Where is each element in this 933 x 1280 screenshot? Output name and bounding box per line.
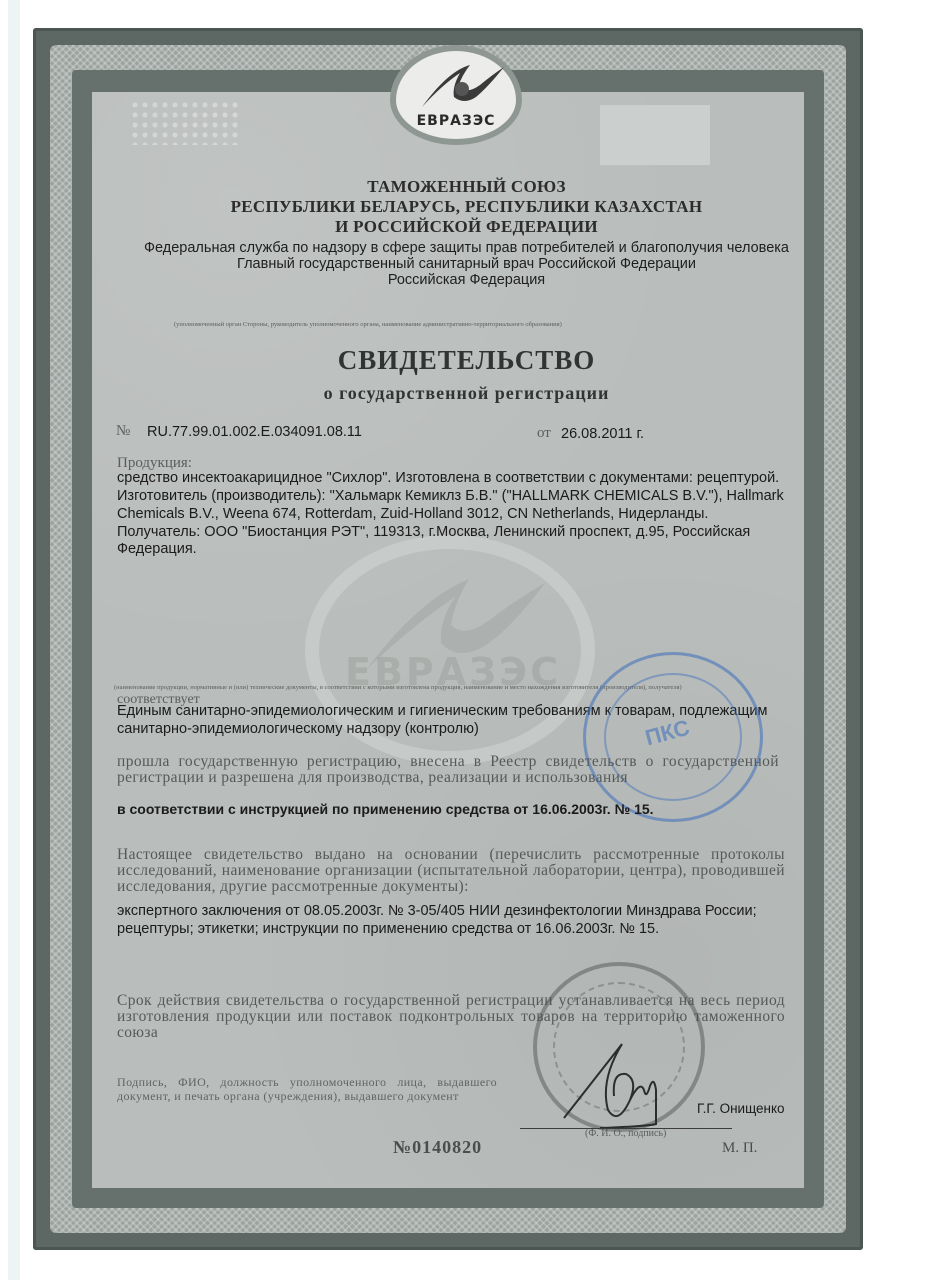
product-line-2: Изготовитель (производитель): "Хальмарк … xyxy=(117,488,784,504)
union-title-line-2: РЕСПУБЛИКИ БЕЛАРУСЬ, РЕСПУБЛИКИ КАЗАХСТА… xyxy=(0,197,933,217)
product-line-4: Получатель: ООО "Биостанция РЭТ", 119313… xyxy=(117,524,750,540)
basis-statement: Настоящее свидетельство выдано на основа… xyxy=(117,847,785,895)
pale-patch xyxy=(600,105,710,165)
union-title-line-3: И РОССИЙСКОЙ ФЕДЕРАЦИИ xyxy=(0,217,933,237)
certificate-title: СВИДЕТЕЛЬСТВО xyxy=(0,345,933,376)
registration-statement: прошла государственную регистрацию, внес… xyxy=(117,754,779,786)
authority-line-3: Российская Федерация xyxy=(0,272,933,288)
basis-line-1: экспертного заключения от 08.05.2003г. №… xyxy=(117,903,757,919)
registration-number: RU.77.99.01.002.Е.034091.08.11 xyxy=(147,424,362,440)
basis-line-2: рецептуры; этикетки; инструкции по приме… xyxy=(117,921,659,937)
signature-line-caption: (Ф. И. О., подпись) xyxy=(585,1128,666,1139)
product-line-1: средство инсектоакарицидное "Сихлор". Из… xyxy=(117,470,779,486)
conformity-line-2: санитарно-эпидемиологическому надзору (к… xyxy=(117,721,479,737)
number-label: № xyxy=(116,423,130,440)
registration-filled: в соответствии с инструкцией по применен… xyxy=(117,801,654,817)
signatory-name: Г.Г. Онищенко xyxy=(697,1101,785,1116)
certificate-subtitle: о государственной регистрации xyxy=(0,383,933,404)
union-title-line-1: ТАМОЖЕННЫЙ СОЮЗ xyxy=(0,177,933,197)
signature-caption: Подпись, ФИО, должность уполномоченного … xyxy=(117,1075,497,1103)
eurasec-emblem-icon xyxy=(418,61,506,111)
emblem-label: ЕВРАЗЭС xyxy=(417,113,496,129)
guilloche-pattern xyxy=(130,100,240,145)
signature-icon xyxy=(560,1040,670,1130)
product-line-5: Федерация. xyxy=(117,541,197,557)
registration-date: 26.08.2011 г. xyxy=(561,426,644,442)
authority-line-1: Федеральная служба по надзору в сфере за… xyxy=(0,240,933,256)
authority-caption: (уполномоченный орган Стороны, руководит… xyxy=(174,321,562,328)
date-label: от xyxy=(537,425,551,442)
product-line-3: Chemicals B.V., Weena 674, Rotterdam, Zu… xyxy=(117,506,708,522)
authority-line-2: Главный государственный санитарный врач … xyxy=(0,256,933,272)
form-number: №0140820 xyxy=(393,1137,482,1158)
eurasec-emblem: ЕВРАЗЭС xyxy=(390,45,522,145)
seal-label: М. П. xyxy=(722,1140,757,1157)
